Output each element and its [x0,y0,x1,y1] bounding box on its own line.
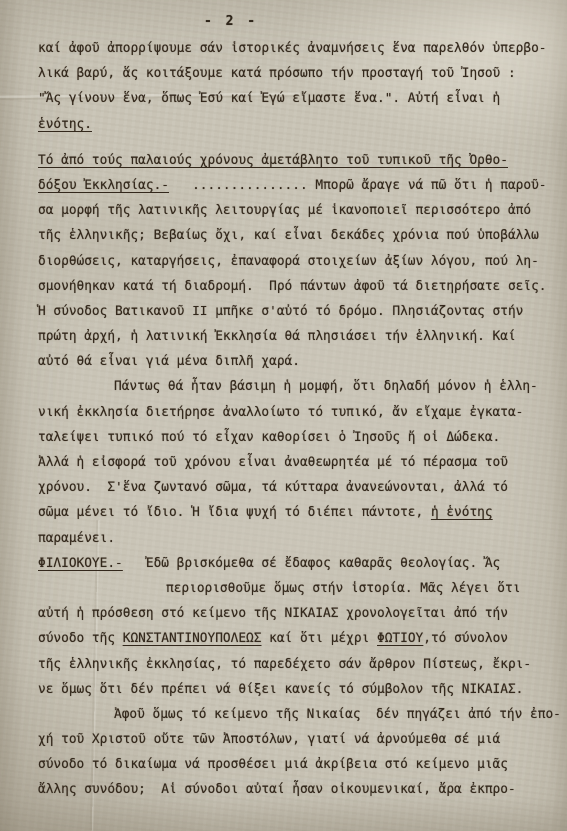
text-segment: σμονήθηκαν κατά τή διαδρομή. Πρό πάντων … [38,279,547,294]
text-line: ἑνότης. [38,112,550,137]
text-line: Ἀλλά ἡ εἰσφορά τοῦ χρόνου εἶναι ἀναθεωρη… [38,450,550,475]
text-segment: "Ἄς γίνουν ἕνα, ὅπως Ἐσύ καί Ἐγώ εἴμαστε… [38,91,500,106]
text-segment: Πάντως θά ἦταν βάσιμη ἡ μομφή, ὅτι δηλαδ… [114,379,538,394]
page-number: - 2 - [204,14,258,29]
text-segment: σῶμα μένει τό ἴδιο. Ἡ ἴδια ψυχή τό διέπε… [38,505,431,520]
text-line: τῆς ἑλληνικῆς ἐκκλησίας, τό παρεδέχετο σ… [38,652,550,677]
underlined-text-segment: ΚΩΝΣΤΑΝΤΙΝΟΥΠΟΛΕΩΣ [123,631,262,646]
text-line: πρώτη ἀρχή, ἡ λατινική Ἐκκλησία θά πλησι… [38,324,550,349]
text-line: σύνοδο τῆς ΚΩΝΣΤΑΝΤΙΝΟΥΠΟΛΕΩΣ καί ὅτι μέ… [38,626,550,651]
text-line: λικά βαρύ, ἅς κοιτάξουμε κατά πρόσωπο τή… [38,61,550,86]
text-line: ἄλλης συνόδου; Αἱ σύνοδοι αὐταί ἦσαν οἰκ… [38,777,550,802]
text-segment: Ἀφοῦ ὅμως τό κείμενο τῆς Νικαίας δέν πηγ… [114,707,561,722]
text-segment: αὐτή ἡ πρόσθεση στό κείμενο τῆς ΝΙΚΑΙΑΣ … [38,606,508,621]
text-line: "Ἄς γίνουν ἕνα, ὅπως Ἐσύ καί Ἐγώ εἴμαστε… [38,86,550,111]
text-segment: ............... Μπορῶ ἄραγε νά πῶ ὅτι ἡ … [169,178,547,193]
underlined-text-segment: ΦΙΛΙΟΚΟΥΕ.- [38,556,123,571]
text-segment: νική ἐκκλησία διετήρησε ἀναλλοίωτο τό τυ… [38,405,523,420]
text-segment: περιορισθοῦμε ὅμως στήν ἱστορία. Μᾶς λέγ… [166,581,520,596]
text-line: Ἡ σύνοδος Βατικανοῦ II μπῆκε σ'αὐτό τό δ… [38,299,550,324]
text-line: ταλείψει τυπικό πού τό εἶχαν καθορίσει ὁ… [38,425,550,450]
document-body: καί ἀφοῦ ἀπορρίψουμε σάν ἱστορικές ἀναμν… [38,36,550,803]
text-line: περιορισθοῦμε ὅμως στήν ἱστορία. Μᾶς λέγ… [38,576,550,601]
text-line: Ἀφοῦ ὅμως τό κείμενο τῆς Νικαίας δέν πηγ… [38,702,550,727]
text-line: Πάντως θά ἦταν βάσιμη ἡ μομφή, ὅτι δηλαδ… [38,374,550,399]
text-line: νε ὅμως ὅτι δέν πρέπει νά θίξει κανείς τ… [38,677,550,702]
text-line: παραμένει. [38,526,550,551]
underlined-text-segment: ἡ ἑνότης [431,505,493,520]
text-line: δόξου Ἐκκλησίας.- ............... Μπορῶ … [38,173,550,198]
text-line: σύνοδο τό δικαίωμα νά προσθέσει μιά ἀκρί… [38,752,550,777]
text-line: σῶμα μένει τό ἴδιο. Ἡ ἴδια ψυχή τό διέπε… [38,500,550,525]
text-segment: πρώτη ἀρχή, ἡ λατινική Ἐκκλησία θά πλησι… [38,329,516,344]
text-line: Τό ἀπό τούς παλαιούς χρόνους ἀμετάβλητο … [38,148,550,173]
document-page: - 2 - καί ἀφοῦ ἀπορρίψουμε σάν ἱστορικές… [0,0,567,831]
underlined-text-segment: δόξου Ἐκκλησίας.- [38,178,169,193]
underlined-text-segment: Τό ἀπό τούς παλαιούς χρόνους ἀμετάβλητο … [38,153,508,168]
underlined-text-segment: ΦΩΤΙΟΥ [377,631,423,646]
text-segment: ἄλλης συνόδου; Αἱ σύνοδοι αὐταί ἦσαν οἰκ… [38,782,516,797]
text-line: διορθώσεις, καταργήσεις, ἐπαναφορά στοιχ… [38,249,550,274]
text-segment: Ἐδῶ βρισκόμεθα σέ ἔδαφος καθαρᾶς θεολογί… [123,556,501,571]
text-segment: Ἀλλά ἡ εἰσφορά τοῦ χρόνου εἶναι ἀναθεωρη… [38,455,508,470]
text-line: αὐτή ἡ πρόσθεση στό κείμενο τῆς ΝΙΚΑΙΑΣ … [38,601,550,626]
text-segment: αὐτό θά εἶναι γιά μένα διπλῆ χαρά. [38,354,300,369]
text-line: χή τοῦ Χριστοῦ οὔτε τῶν Ἀποστόλων, γιατί… [38,727,550,752]
text-segment: καί ὅτι μέχρι [261,631,377,646]
text-line: χρόνου. Σ'ἕνα ζωντανό σῶμα, τά κύτταρα ἀ… [38,475,550,500]
text-segment: τῆς ἑλληνικῆς ἐκκλησίας, τό παρεδέχετο σ… [38,657,531,672]
text-segment: χρόνου. Σ'ἕνα ζωντανό σῶμα, τά κύτταρα ἀ… [38,480,508,495]
text-line: σα μορφή τῆς λατινικῆς λειτουργίας μέ ἱκ… [38,198,550,223]
text-segment: νε ὅμως ὅτι δέν πρέπει νά θίξει κανείς τ… [38,682,523,697]
text-segment: λικά βαρύ, ἅς κοιτάξουμε κατά πρόσωπο τή… [38,66,516,81]
text-line: νική ἐκκλησία διετήρησε ἀναλλοίωτο τό τυ… [38,400,550,425]
underlined-text-segment: ἑνότης. [38,117,92,132]
text-segment: χή τοῦ Χριστοῦ οὔτε τῶν Ἀποστόλων, γιατί… [38,732,500,747]
text-segment: ,τό σύνολον [423,631,508,646]
text-segment: καί ἀφοῦ ἀπορρίψουμε σάν ἱστορικές ἀναμν… [38,41,547,56]
text-segment: σύνοδο τό δικαίωμα νά προσθέσει μιά ἀκρί… [38,757,508,772]
text-line: τῆς ἑλληνικῆς; Βεβαίως ὄχι, καί εἶναι δε… [38,223,550,248]
text-segment: διορθώσεις, καταργήσεις, ἐπαναφορά στοιχ… [38,254,539,269]
text-segment: σύνοδο τῆς [38,631,123,646]
text-line: αὐτό θά εἶναι γιά μένα διπλῆ χαρά. [38,349,550,374]
text-segment: παραμένει. [38,531,115,546]
text-segment: σα μορφή τῆς λατινικῆς λειτουργίας μέ ἱκ… [38,203,531,218]
text-line: καί ἀφοῦ ἀπορρίψουμε σάν ἱστορικές ἀναμν… [38,36,550,61]
text-segment: τῆς ἑλληνικῆς; Βεβαίως ὄχι, καί εἶναι δε… [38,228,539,243]
text-segment: Ἡ σύνοδος Βατικανοῦ II μπῆκε σ'αὐτό τό δ… [38,304,523,319]
text-segment: ταλείψει τυπικό πού τό εἶχαν καθορίσει ὁ… [38,430,500,445]
text-line: ΦΙΛΙΟΚΟΥΕ.- Ἐδῶ βρισκόμεθα σέ ἔδαφος καθ… [38,551,550,576]
text-line: σμονήθηκαν κατά τή διαδρομή. Πρό πάντων … [38,274,550,299]
